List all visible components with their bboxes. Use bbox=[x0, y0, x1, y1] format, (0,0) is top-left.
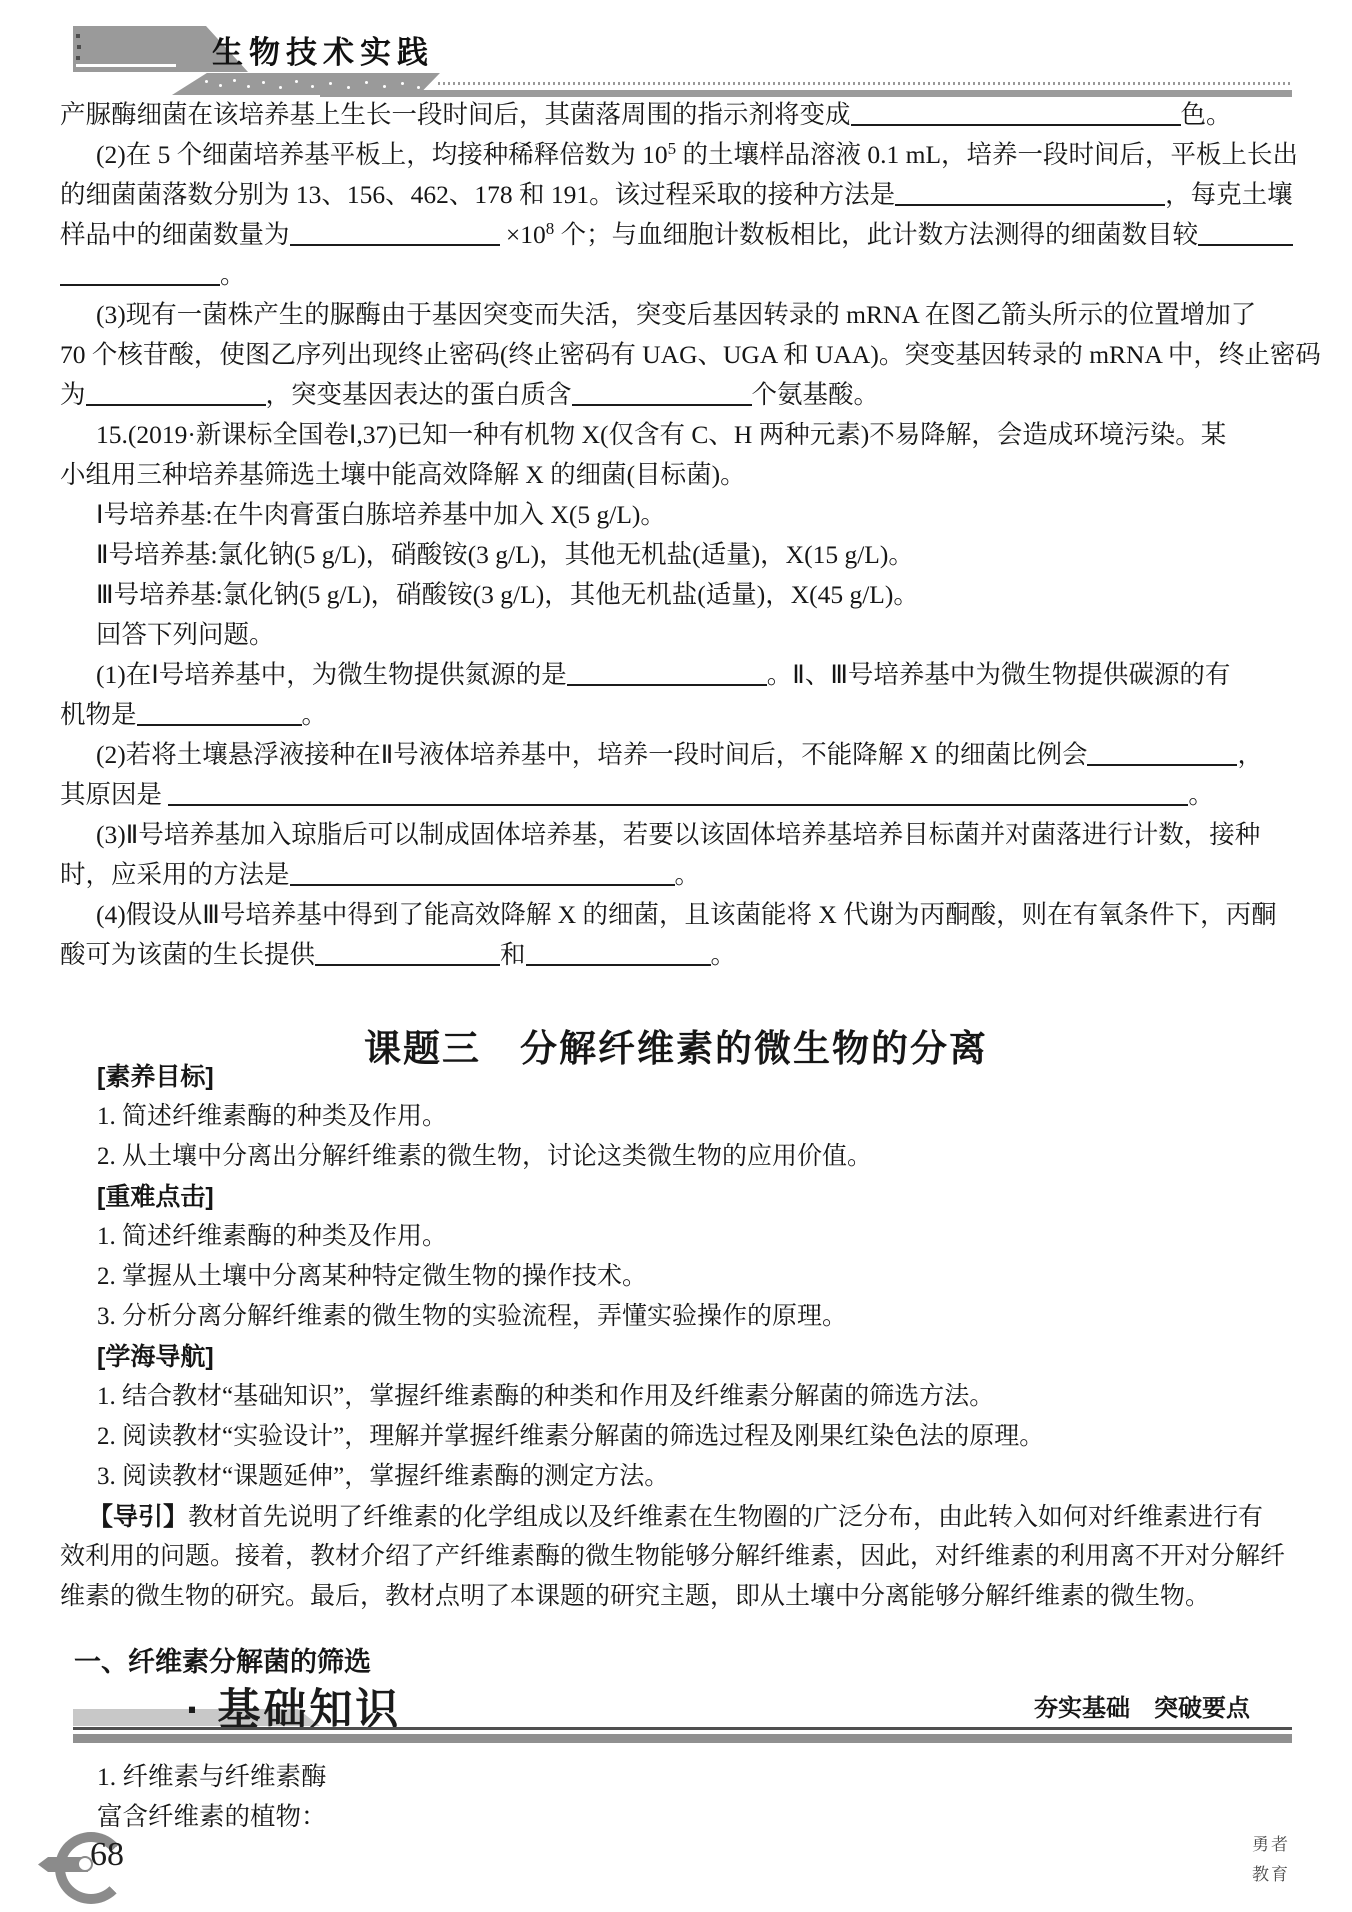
guide-label: 【导引】 bbox=[88, 1503, 188, 1531]
answer-blank bbox=[567, 656, 767, 686]
superscript: 8 bbox=[546, 219, 555, 238]
exam-text: 样品中的细菌数量为 bbox=[60, 220, 290, 249]
exam-text: (4)假设从Ⅲ号培养基中得到了能高效降解 X 的细菌，且该菌能将 X 代谢为丙酮… bbox=[96, 900, 1277, 929]
exam-line: 其原因是 。 bbox=[60, 775, 1300, 815]
exam-line: 为，突变基因表达的蛋白质含个氨基酸。 bbox=[60, 375, 1300, 415]
exam-line: Ⅰ号培养基:在牛肉膏蛋白胨培养基中加入 X(5 g/L)。 bbox=[60, 495, 1300, 535]
exam-line: (2)若将土壤悬浮液接种在Ⅱ号液体培养基中，培养一段时间后，不能降解 X 的细菌… bbox=[60, 735, 1300, 775]
exam-text: Ⅰ号培养基:在牛肉膏蛋白胨培养基中加入 X(5 g/L)。 bbox=[96, 500, 666, 529]
topic-line: 效利用的问题。接着，教材介绍了产纤维素酶的微生物能够分解纤维素，因此，对纤维素的… bbox=[60, 1537, 1300, 1577]
exam-text: ，突变基因表达的蛋白质含 bbox=[266, 380, 572, 409]
answer-blank bbox=[851, 96, 1181, 126]
topic-text: 1. 简述纤维素酶的种类及作用。 bbox=[97, 1103, 447, 1130]
exam-text: 其原因是 bbox=[60, 780, 168, 809]
knowledge-banner-thick-rule bbox=[73, 1734, 1292, 1743]
topic-objective-blocks: [素养目标]1. 简述纤维素酶的种类及作用。2. 从土壤中分离出分解纤维素的微生… bbox=[60, 1057, 1300, 1617]
publisher-brand-line1: 勇者 bbox=[1252, 1830, 1290, 1860]
exam-line: 回答下列问题。 bbox=[60, 615, 1300, 655]
answer-blank bbox=[290, 856, 675, 886]
exam-text: 产脲酶细菌在该培养基上生长一段时间后，其菌落周围的指示剂将变成 bbox=[60, 100, 851, 129]
knowledge-banner-thin-rule bbox=[73, 1727, 1292, 1730]
topic-line: 1. 简述纤维素酶的种类及作用。 bbox=[60, 1097, 1300, 1137]
exam-line: (1)在Ⅰ号培养基中，为微生物提供氮源的是。Ⅱ、Ⅲ号培养基中为微生物提供碳源的有 bbox=[60, 655, 1300, 695]
exam-text: 色。 bbox=[1181, 100, 1232, 129]
topic-line: 维素的微生物的研究。最后，教材点明了本课题的研究主题，即从土壤中分离能够分解纤维… bbox=[60, 1577, 1300, 1617]
topic-text: [学海导航] bbox=[97, 1343, 214, 1371]
topic-text: 2. 从土壤中分离出分解纤维素的微生物，讨论这类微生物的应用价值。 bbox=[97, 1143, 872, 1170]
topic-line: 2. 掌握从土壤中分离某种特定微生物的操作技术。 bbox=[60, 1257, 1300, 1297]
topic-line: 1. 结合教材“基础知识”，掌握纤维素酶的种类和作用及纤维素分解菌的筛选方法。 bbox=[60, 1377, 1300, 1417]
exam-text: 。 bbox=[1188, 780, 1214, 809]
topic-line: 3. 分析分离分解纤维素的微生物的实验流程，弄懂实验操作的原理。 bbox=[60, 1297, 1300, 1337]
exam-text: (1)在Ⅰ号培养基中，为微生物提供氮源的是 bbox=[96, 660, 567, 689]
exam-text: 时，应采用的方法是 bbox=[60, 860, 290, 889]
page-number: 68 bbox=[90, 1836, 124, 1874]
exam-line: 酸可为该菌的生长提供和。 bbox=[60, 935, 1300, 975]
exam-line: 。 bbox=[60, 255, 1300, 295]
topic-text: 2. 阅读教材“实验设计”，理解并掌握纤维素分解菌的筛选过程及刚果红染色法的原理… bbox=[97, 1423, 1044, 1450]
exam-text: 回答下列问题。 bbox=[96, 620, 275, 649]
topic-line: 【导引】教材首先说明了纤维素的化学组成以及纤维素在生物圈的广泛分布，由此转入如何… bbox=[60, 1497, 1300, 1537]
exam-line: 机物是。 bbox=[60, 695, 1300, 735]
exam-line: 70 个核苷酸，使图乙序列出现终止密码(终止密码有 UAG、UGA 和 UAA)… bbox=[60, 335, 1300, 375]
exam-text: 的细菌菌落数分别为 13、156、462、178 和 191。该过程采取的接种方… bbox=[60, 180, 895, 209]
exam-line: Ⅲ号培养基:氯化钠(5 g/L)，硝酸铵(3 g/L)，其他无机盐(适量)，X(… bbox=[60, 575, 1300, 615]
exam-text: Ⅲ号培养基:氯化钠(5 g/L)，硝酸铵(3 g/L)，其他无机盐(适量)，X(… bbox=[96, 580, 919, 609]
topic-line: 2. 从土壤中分离出分解纤维素的微生物，讨论这类微生物的应用价值。 bbox=[60, 1137, 1300, 1177]
topic-text: 教材首先说明了纤维素的化学组成以及纤维素在生物圈的广泛分布，由此转入如何对纤维素… bbox=[188, 1504, 1263, 1531]
answer-blank bbox=[315, 936, 500, 966]
exam-line: 15.(2019·新课标全国卷Ⅰ,37)已知一种有机物 X(仅含有 C、H 两种… bbox=[60, 415, 1300, 455]
answer-blank bbox=[137, 696, 302, 726]
exam-text: ， bbox=[1237, 740, 1263, 769]
topic-text: 1. 结合教材“基础知识”，掌握纤维素酶的种类和作用及纤维素分解菌的筛选方法。 bbox=[97, 1383, 994, 1410]
topic-text: 3. 分析分离分解纤维素的微生物的实验流程，弄懂实验操作的原理。 bbox=[97, 1303, 847, 1330]
chapter-title: 生物技术实践 bbox=[212, 27, 434, 72]
bracket-heading: [重难点击] bbox=[60, 1177, 1300, 1217]
superscript: 5 bbox=[668, 139, 677, 158]
exam-text: (3)Ⅱ号培养基加入琼脂后可以制成固体培养基，若要以该固体培养基培养目标菌并对菌… bbox=[96, 820, 1260, 849]
answer-blank bbox=[1087, 736, 1237, 766]
exam-text: 机物是 bbox=[60, 700, 137, 729]
exam-line: (2)在 5 个细菌培养基平板上，均接种稀释倍数为 105 的土壤样品溶液 0.… bbox=[60, 135, 1300, 175]
answer-blank bbox=[1198, 216, 1293, 246]
topic-text: [重难点击] bbox=[97, 1183, 214, 1211]
knowledge-text-line: 富含纤维素的植物： bbox=[97, 1797, 327, 1837]
exam-text: 。 bbox=[220, 260, 246, 289]
exam-text: ×10 bbox=[500, 220, 546, 249]
answer-blank bbox=[526, 936, 711, 966]
exam-line: Ⅱ号培养基:氯化钠(5 g/L)，硝酸铵(3 g/L)，其他无机盐(适量)，X(… bbox=[60, 535, 1300, 575]
topic-text: 效利用的问题。接着，教材介绍了产纤维素酶的微生物能够分解纤维素，因此，对纤维素的… bbox=[60, 1543, 1285, 1570]
exam-text: 。 bbox=[675, 860, 701, 889]
topic-line: 2. 阅读教材“实验设计”，理解并掌握纤维素分解菌的筛选过程及刚果红染色法的原理… bbox=[60, 1417, 1300, 1457]
header-banner-whiteline bbox=[76, 64, 176, 67]
knowledge-subheading: 1. 纤维素与纤维素酶 bbox=[97, 1757, 327, 1797]
exam-line: (3)Ⅱ号培养基加入琼脂后可以制成固体培养基，若要以该固体培养基培养目标菌并对菌… bbox=[60, 815, 1300, 855]
exam-text: 。 bbox=[711, 940, 737, 969]
publisher-brand-line2: 教育 bbox=[1252, 1860, 1290, 1890]
answer-blank bbox=[86, 376, 266, 406]
exam-line: 产脲酶细菌在该培养基上生长一段时间后，其菌落周围的指示剂将变成色。 bbox=[60, 95, 1300, 135]
exam-text: 个；与血细胞计数板相比，此计数方法测得的细菌数目较 bbox=[554, 220, 1198, 249]
exam-text: 。Ⅱ、Ⅲ号培养基中为微生物提供碳源的有 bbox=[767, 660, 1231, 689]
knowledge-banner-slogan: 夯实基础 突破要点 bbox=[1022, 1688, 1250, 1723]
header-dotted-rule bbox=[438, 82, 1292, 85]
exam-text: 的土壤样品溶液 0.1 mL，培养一段时间后，平板上长出 bbox=[676, 140, 1298, 169]
exam-line: 小组用三种培养基筛选土壤中能高效降解 X 的细菌(目标菌)。 bbox=[60, 455, 1300, 495]
topic-text: 2. 掌握从土壤中分离某种特定微生物的操作技术。 bbox=[97, 1263, 647, 1290]
bracket-heading: [素养目标] bbox=[60, 1057, 1300, 1097]
topic-text: [素养目标] bbox=[97, 1063, 214, 1091]
publisher-brand: 勇者 教育 bbox=[1252, 1830, 1290, 1890]
exam-text: 。 bbox=[302, 700, 328, 729]
header-banner-specks bbox=[76, 34, 80, 38]
topic-text: 1. 简述纤维素酶的种类及作用。 bbox=[97, 1223, 447, 1250]
answer-blank bbox=[895, 176, 1165, 206]
header-banner-dots bbox=[205, 80, 208, 83]
textbook-page: 生物技术实践 产脲酶细菌在该培养基上生长一段时间后，其菌落周围的指示剂将变成色。… bbox=[0, 0, 1352, 1912]
exam-text: 个氨基酸。 bbox=[752, 380, 880, 409]
exam-text: 小组用三种培养基筛选土壤中能高效降解 X 的细菌(目标菌)。 bbox=[60, 460, 746, 489]
section-heading: 一、纤维素分解菌的筛选 bbox=[74, 1640, 371, 1679]
answer-blank bbox=[572, 376, 752, 406]
topic-text: 维素的微生物的研究。最后，教材点明了本课题的研究主题，即从土壤中分离能够分解纤维… bbox=[60, 1583, 1210, 1610]
topic-text: 3. 阅读教材“课题延伸”，掌握纤维素酶的测定方法。 bbox=[97, 1463, 669, 1490]
exam-line: (4)假设从Ⅲ号培养基中得到了能高效降解 X 的细菌，且该菌能将 X 代谢为丙酮… bbox=[60, 895, 1300, 935]
topic-line: 3. 阅读教材“课题延伸”，掌握纤维素酶的测定方法。 bbox=[60, 1457, 1300, 1497]
answer-blank bbox=[60, 256, 220, 286]
exam-text: (3)现有一菌株产生的脲酶由于基因突变而失活，突变后基因转录的 mRNA 在图乙… bbox=[96, 300, 1256, 329]
topic-line: 1. 简述纤维素酶的种类及作用。 bbox=[60, 1217, 1300, 1257]
exam-questions: 产脲酶细菌在该培养基上生长一段时间后，其菌落周围的指示剂将变成色。(2)在 5 … bbox=[60, 95, 1300, 975]
exam-text: 15.(2019·新课标全国卷Ⅰ,37)已知一种有机物 X(仅含有 C、H 两种… bbox=[96, 420, 1226, 449]
exam-line: 样品中的细菌数量为 ×108 个；与血细胞计数板相比，此计数方法测得的细菌数目较 bbox=[60, 215, 1300, 255]
exam-text: 酸可为该菌的生长提供 bbox=[60, 940, 315, 969]
exam-text: 和 bbox=[500, 940, 526, 969]
bracket-heading: [学海导航] bbox=[60, 1337, 1300, 1377]
answer-blank bbox=[290, 216, 500, 246]
exam-text: 为 bbox=[60, 380, 86, 409]
exam-text: (2)若将土壤悬浮液接种在Ⅱ号液体培养基中，培养一段时间后，不能降解 X 的细菌… bbox=[96, 740, 1087, 769]
exam-text: (2)在 5 个细菌培养基平板上，均接种稀释倍数为 10 bbox=[96, 140, 668, 169]
exam-line: 的细菌菌落数分别为 13、156、462、178 和 191。该过程采取的接种方… bbox=[60, 175, 1300, 215]
exam-line: (3)现有一菌株产生的脲酶由于基因突变而失活，突变后基因转录的 mRNA 在图乙… bbox=[60, 295, 1300, 335]
exam-line: 时，应采用的方法是。 bbox=[60, 855, 1300, 895]
exam-text: Ⅱ号培养基:氯化钠(5 g/L)，硝酸铵(3 g/L)，其他无机盐(适量)，X(… bbox=[96, 540, 914, 569]
exam-text: ，每克土壤 bbox=[1165, 180, 1293, 209]
answer-blank bbox=[168, 776, 1188, 806]
exam-text: 70 个核苷酸，使图乙序列出现终止密码(终止密码有 UAG、UGA 和 UAA)… bbox=[60, 340, 1321, 369]
